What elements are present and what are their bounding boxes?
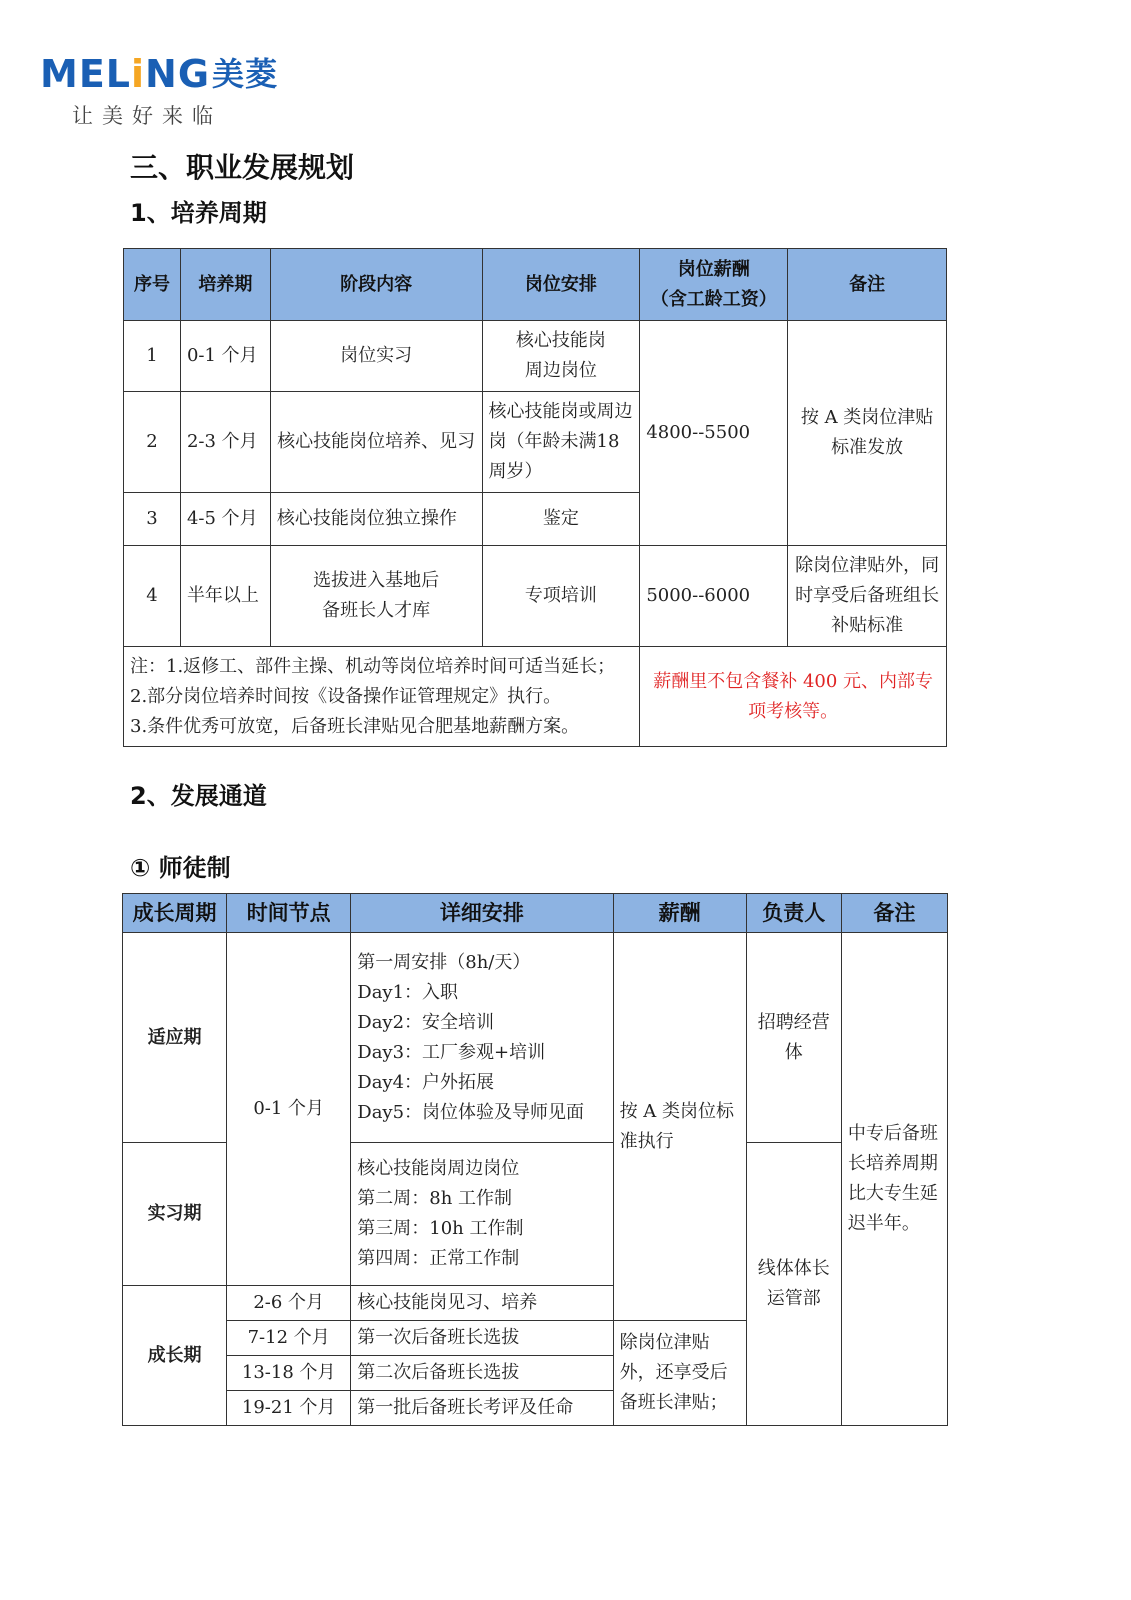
header-stage: 成长周期 <box>123 894 227 933</box>
cell-period: 4-5 个月 <box>180 493 270 546</box>
logo-text-cn: 美菱 <box>212 52 278 96</box>
logo-wordmark: MELiNG美菱 <box>40 52 278 96</box>
header-no: 序号 <box>124 249 181 321</box>
logo-tagline: 让美好来临 <box>72 100 278 130</box>
notes-salary-warning: 薪酬里不包含餐补 400 元、内部专项考核等。 <box>640 647 947 747</box>
header-content: 阶段内容 <box>270 249 482 321</box>
header-time: 时间节点 <box>227 894 351 933</box>
header-remark: 备注 <box>841 894 947 933</box>
table-row: 1 0-1 个月 岗位实习 核心技能岗 周边岗位 4800--5500 按 A … <box>124 321 947 392</box>
header-detail: 详细安排 <box>351 894 613 933</box>
cell-salary: 5000--6000 <box>640 546 788 647</box>
cell-arrangement: 核心技能岗 周边岗位 <box>482 321 640 392</box>
grow-detail: 核心技能岗见习、培养 <box>351 1286 613 1321</box>
cell-arrangement: 核心技能岗或周边岗（年龄未满18周岁） <box>482 392 640 493</box>
header-arrangement: 岗位安排 <box>482 249 640 321</box>
notes-row: 注：1.返修工、部件主操、机动等岗位培养时间可适当延长； 2.部分岗位培养时间按… <box>124 647 947 747</box>
grow-detail: 第一次后备班长选拔 <box>351 1321 613 1356</box>
section-title-development-path: 2、发展通道 <box>130 776 267 811</box>
cell-content: 核心技能岗位培养、见习 <box>270 392 482 493</box>
salary-b: 除岗位津贴外，还享受后备班长津贴； <box>613 1321 746 1426</box>
header-salary: 岗位薪酬 （含工龄工资） <box>640 249 788 321</box>
grow-detail: 第一批后备班长考评及任命 <box>351 1391 613 1426</box>
header-period: 培养期 <box>180 249 270 321</box>
logo-text-dot: i <box>131 52 145 96</box>
company-logo: MELiNG美菱 让美好来临 <box>40 52 278 130</box>
detail-intern: 核心技能岗周边岗位 第二周：8h 工作制 第三周：10h 工作制 第四周：正常工… <box>351 1143 613 1286</box>
table-row: 4 半年以上 选拔进入基地后 备班长人才库 专项培训 5000--6000 除岗… <box>124 546 947 647</box>
cell-content: 核心技能岗位独立操作 <box>270 493 482 546</box>
stage-grow: 成长期 <box>123 1286 227 1426</box>
cell-period: 半年以上 <box>180 546 270 647</box>
training-cycle-table: 序号 培养期 阶段内容 岗位安排 岗位薪酬 （含工龄工资） 备注 1 0-1 个… <box>123 248 947 747</box>
grow-time: 13-18 个月 <box>227 1356 351 1391</box>
owner-b: 线体体长运管部 <box>746 1143 841 1426</box>
grow-detail: 第二次后备班长选拔 <box>351 1356 613 1391</box>
time-0-1: 0-1 个月 <box>227 933 351 1286</box>
cell-remark: 按 A 类岗位津贴 标准发放 <box>788 321 947 546</box>
cell-no: 4 <box>124 546 181 647</box>
cell-remark: 除岗位津贴外，同时享受后备班组长补贴标准 <box>788 546 947 647</box>
cell-period: 2-3 个月 <box>180 392 270 493</box>
header-owner: 负责人 <box>746 894 841 933</box>
cell-content: 岗位实习 <box>270 321 482 392</box>
remark: 中专后备班长培养周期 比大专生延迟半年。 <box>841 933 947 1426</box>
stage-intern: 实习期 <box>123 1143 227 1286</box>
stage-adapt: 适应期 <box>123 933 227 1143</box>
mentorship-table: 成长周期 时间节点 详细安排 薪酬 负责人 备注 适应期 0-1 个月 第一周安… <box>122 893 948 1426</box>
grow-time: 7-12 个月 <box>227 1321 351 1356</box>
logo-text-a: MEL <box>40 52 131 96</box>
salary-a: 按 A 类岗位标准执行 <box>613 933 746 1321</box>
section-title-training-cycle: 1、培养周期 <box>130 193 267 228</box>
cell-arrangement: 鉴定 <box>482 493 640 546</box>
detail-adapt: 第一周安排（8h/天） Day1：入职 Day2：安全培训 Day3：工厂参观+… <box>351 933 613 1143</box>
header-remark: 备注 <box>788 249 947 321</box>
cell-content: 选拔进入基地后 备班长人才库 <box>270 546 482 647</box>
page-heading: 三、职业发展规划 <box>130 146 354 186</box>
table-header-row: 成长周期 时间节点 详细安排 薪酬 负责人 备注 <box>123 894 948 933</box>
cell-salary: 4800--5500 <box>640 321 788 546</box>
table-header-row: 序号 培养期 阶段内容 岗位安排 岗位薪酬 （含工龄工资） 备注 <box>124 249 947 321</box>
cell-period: 0-1 个月 <box>180 321 270 392</box>
table-row: 适应期 0-1 个月 第一周安排（8h/天） Day1：入职 Day2：安全培训… <box>123 933 948 1143</box>
grow-time: 19-21 个月 <box>227 1391 351 1426</box>
cell-no: 2 <box>124 392 181 493</box>
cell-no: 1 <box>124 321 181 392</box>
notes-text: 注：1.返修工、部件主操、机动等岗位培养时间可适当延长； 2.部分岗位培养时间按… <box>124 647 640 747</box>
header-salary: 薪酬 <box>613 894 746 933</box>
cell-no: 3 <box>124 493 181 546</box>
logo-text-b: NG <box>145 52 210 96</box>
cell-arrangement: 专项培训 <box>482 546 640 647</box>
subsection-title-mentorship: ① 师徒制 <box>130 848 231 883</box>
grow-time: 2-6 个月 <box>227 1286 351 1321</box>
owner-a: 招聘经营体 <box>746 933 841 1143</box>
